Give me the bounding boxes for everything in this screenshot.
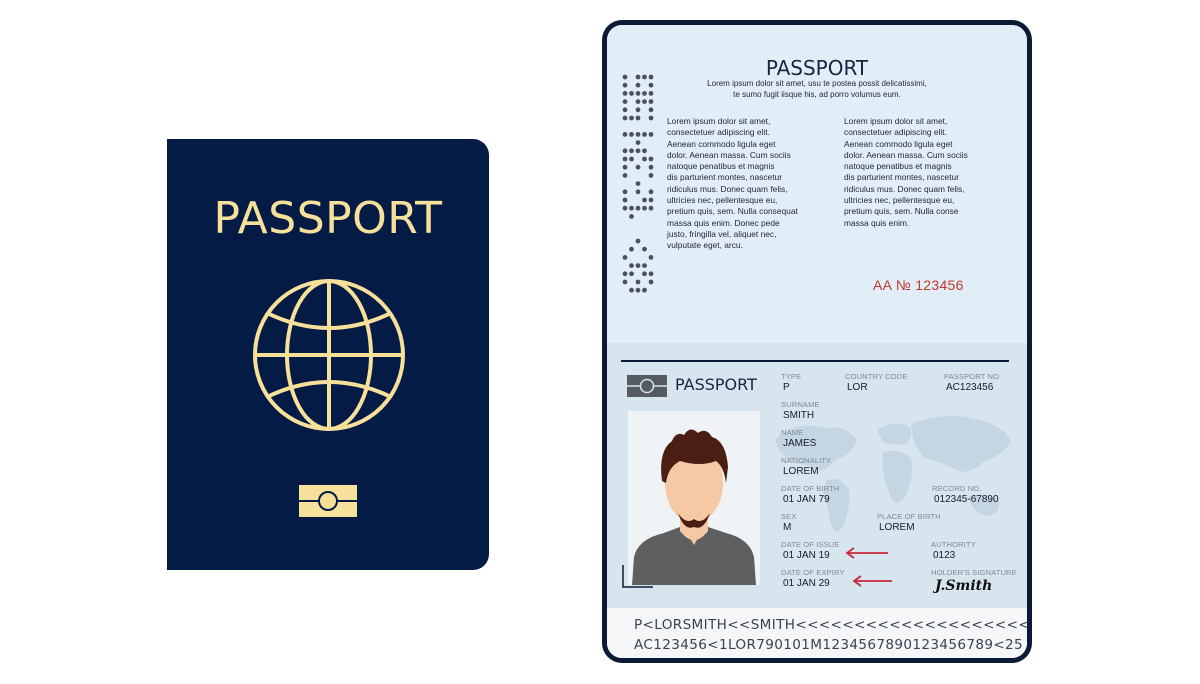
info-text-left: Lorem ipsum dolor sit amet, consectetuer… [667,116,817,252]
field-sex: SEX M [781,512,797,534]
field-authority: AUTHORITY 0123 [931,540,976,562]
passport-cover: PASSPORT [167,139,489,570]
field-date-of-expiry: DATE OF EXPIRY 01 JAN 29 [781,568,845,590]
arrow-left-icon [845,547,889,559]
section-divider [621,360,1009,362]
photo-corner-mark [621,565,655,589]
info-text-right: Lorem ipsum dolor sit amet, consectetuer… [844,116,994,229]
perforated-number-icon [621,73,657,303]
field-record-no: RECORD NO. 012345-67890 [932,484,999,506]
page-title: PASSPORT [607,56,1027,80]
serial-number: AA № 123456 [873,277,964,293]
field-surname: SURNAME SMITH [781,400,820,422]
page-subtitle: Lorem ipsum dolor sit amet, usu te poste… [607,79,1027,100]
field-type: TYPE P [781,372,801,394]
field-nationality: NATIONALITY LOREM [781,456,831,478]
field-name: NAME JAMES [781,428,816,450]
field-country-code: COUNTRY CODE LOR [845,372,908,394]
globe-icon [249,275,409,435]
person-avatar-icon [628,411,760,585]
machine-readable-zone: P<LORSMITH<<SMITH<<<<<<<<<<<<<<<<<<<<<<<… [607,608,1027,658]
visa-page-section: PASSPORT Lorem ipsum dolor sit amet, usu… [607,25,1027,343]
field-date-of-issue: DATE OF ISSUE 01 JAN 19 [781,540,840,562]
biometric-chip-icon [299,485,357,517]
field-place-of-birth: PLACE OF BIRTH LOREM [877,512,941,534]
field-holder-signature: HOLDER'S SIGNATURE J.Smith [931,568,1017,595]
arrow-left-icon [852,575,896,587]
field-passport-no: PASSPORT NO. AC123456 [944,372,1001,394]
cover-title: PASSPORT [167,193,489,244]
field-date-of-birth: DATE OF BIRTH 01 JAN 79 [781,484,839,506]
passport-data-page: PASSPORT Lorem ipsum dolor sit amet, usu… [602,20,1032,663]
mrz-line-1: P<LORSMITH<<SMITH<<<<<<<<<<<<<<<<<<<<<<<… [634,617,1027,633]
mrz-line-2: AC123456<1LOR790101M1234567890123456789<… [634,637,1023,653]
identity-title: PASSPORT [675,375,757,394]
biometric-chip-icon [627,375,667,397]
signature: J.Smith [931,577,1017,595]
holder-photo [628,411,760,585]
